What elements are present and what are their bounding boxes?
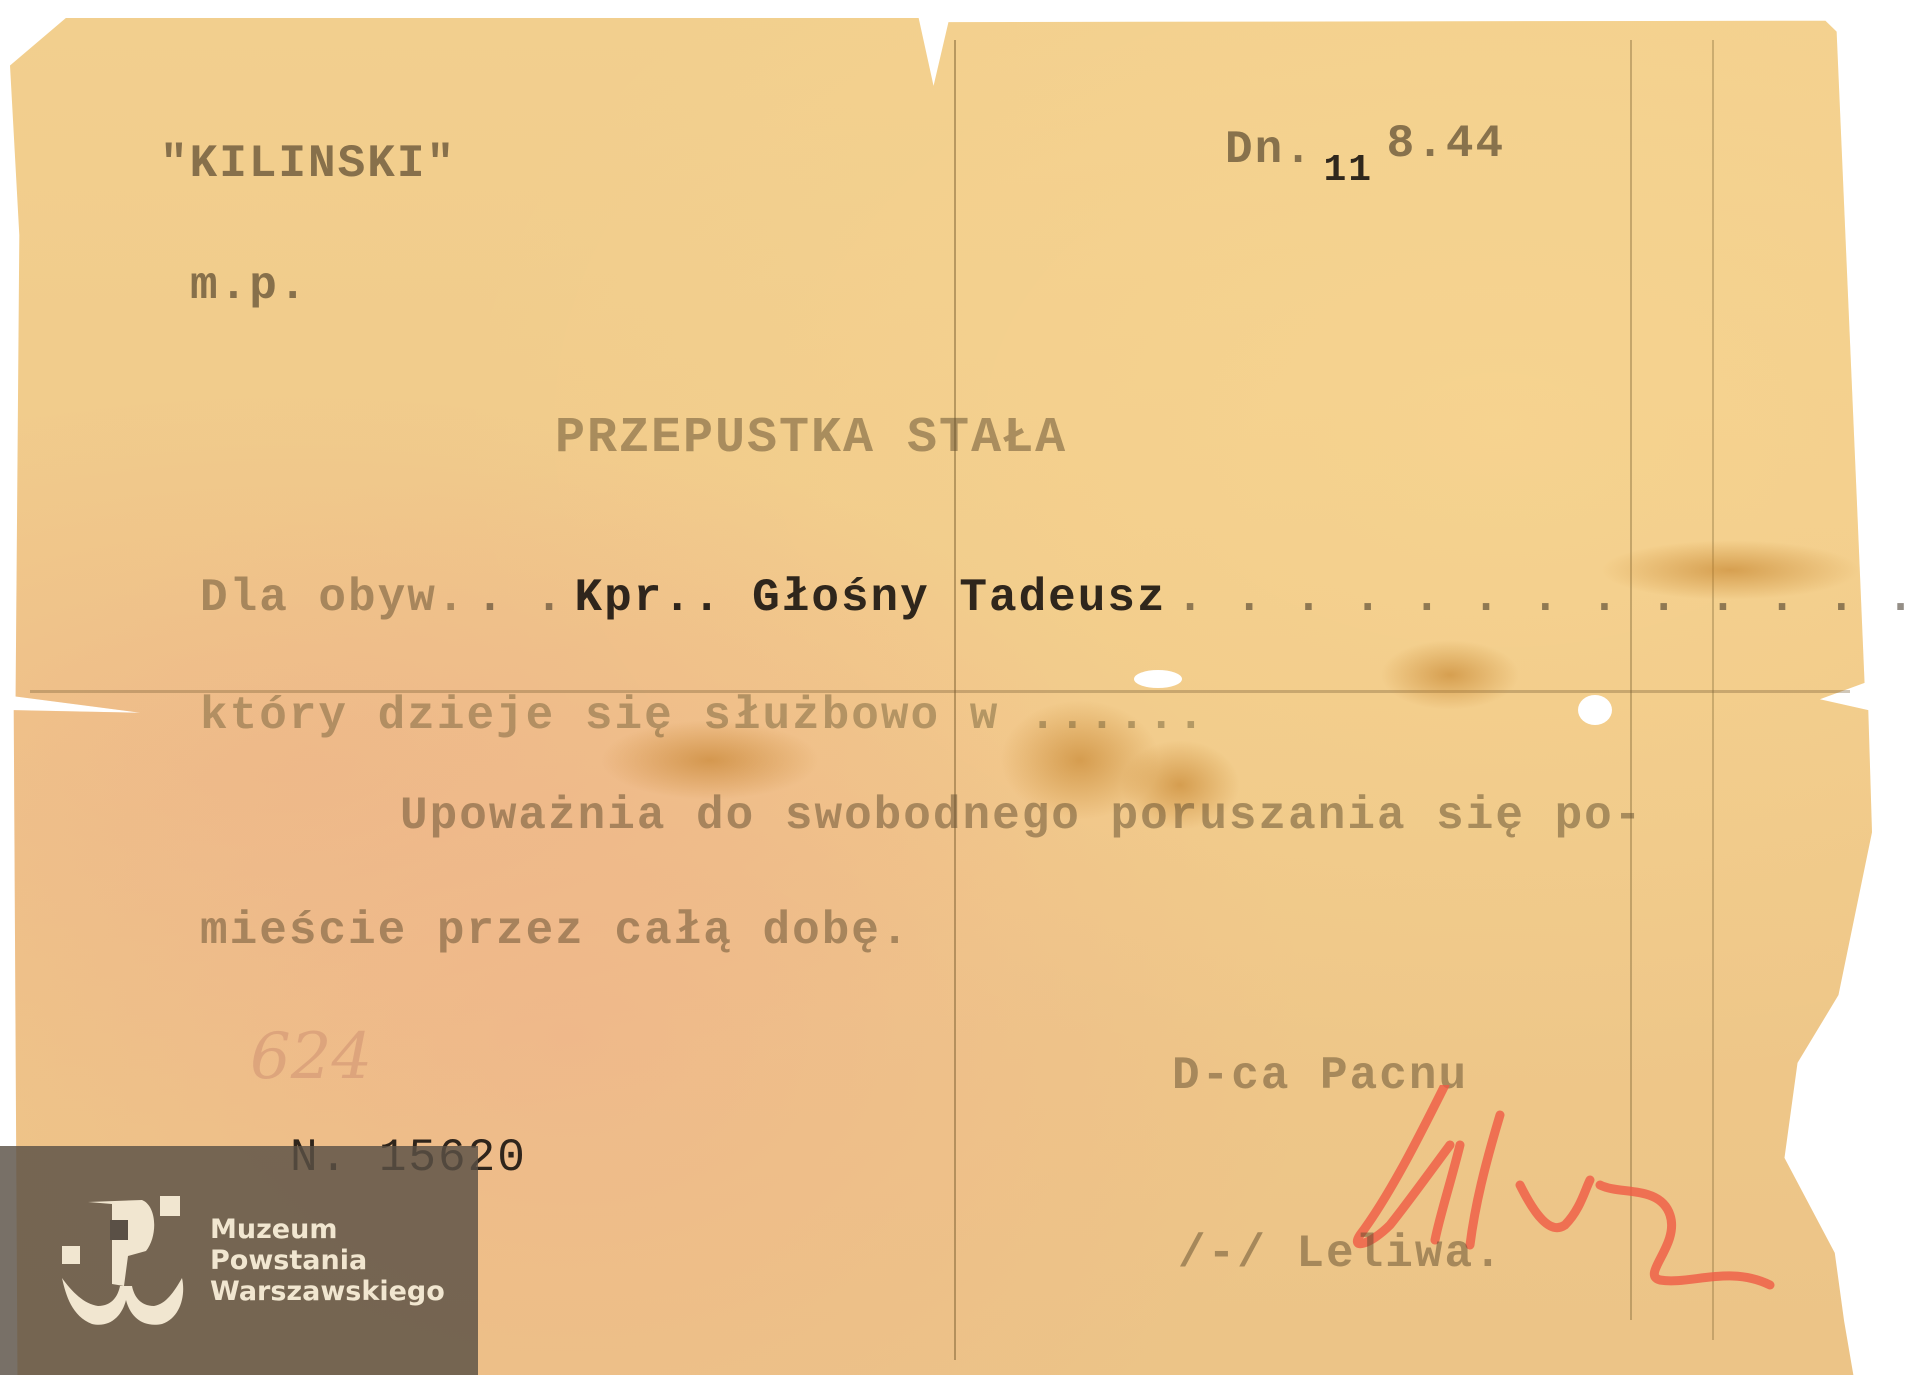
tear-hole <box>1578 695 1612 725</box>
date: Dn. 11 8.44 <box>1225 124 1505 176</box>
body-line-2: który dzieje się służbowo w ...... <box>200 690 1207 742</box>
recipient-trailing-dots: . . . . . . . . . . . . . <box>1176 572 1916 624</box>
date-prefix: Dn. <box>1225 124 1314 176</box>
date-day: 11 <box>1323 149 1373 192</box>
document-title: PRZEPUSTKA STAŁA <box>555 410 1067 467</box>
location-abbrev: m.p. <box>190 260 308 312</box>
recipient-filler: . . <box>476 572 565 624</box>
tear-hole <box>1134 670 1182 688</box>
body-line-3: Upoważnia do swobodnego poruszania się p… <box>400 790 1643 842</box>
date-rest: 8.44 <box>1387 118 1505 170</box>
recipient-name: Kpr.. Głośny Tadeusz <box>575 572 1167 624</box>
recipient-prefix: Dla obyw. <box>200 572 466 624</box>
body-line-4: mieście przez całą dobę. <box>200 905 911 957</box>
museum-name-line-1: Muzeum <box>210 1214 445 1245</box>
pencil-note: 624 <box>250 1020 372 1094</box>
signature-name: /-/ Leliwa. <box>1178 1228 1504 1280</box>
museum-name: Muzeum Powstania Warszawskiego <box>210 1214 445 1307</box>
unit-name: "KILINSKI" <box>160 138 456 190</box>
museum-name-line-3: Warszawskiego <box>210 1276 445 1307</box>
museum-watermark: Muzeum Powstania Warszawskiego <box>0 1146 478 1375</box>
kotwica-anchor-icon <box>62 1196 192 1328</box>
museum-name-line-2: Powstania <box>210 1245 445 1276</box>
recipient-line: Dla obyw. . . Kpr.. Głośny Tadeusz . . .… <box>200 572 1916 624</box>
stain <box>1380 640 1520 710</box>
